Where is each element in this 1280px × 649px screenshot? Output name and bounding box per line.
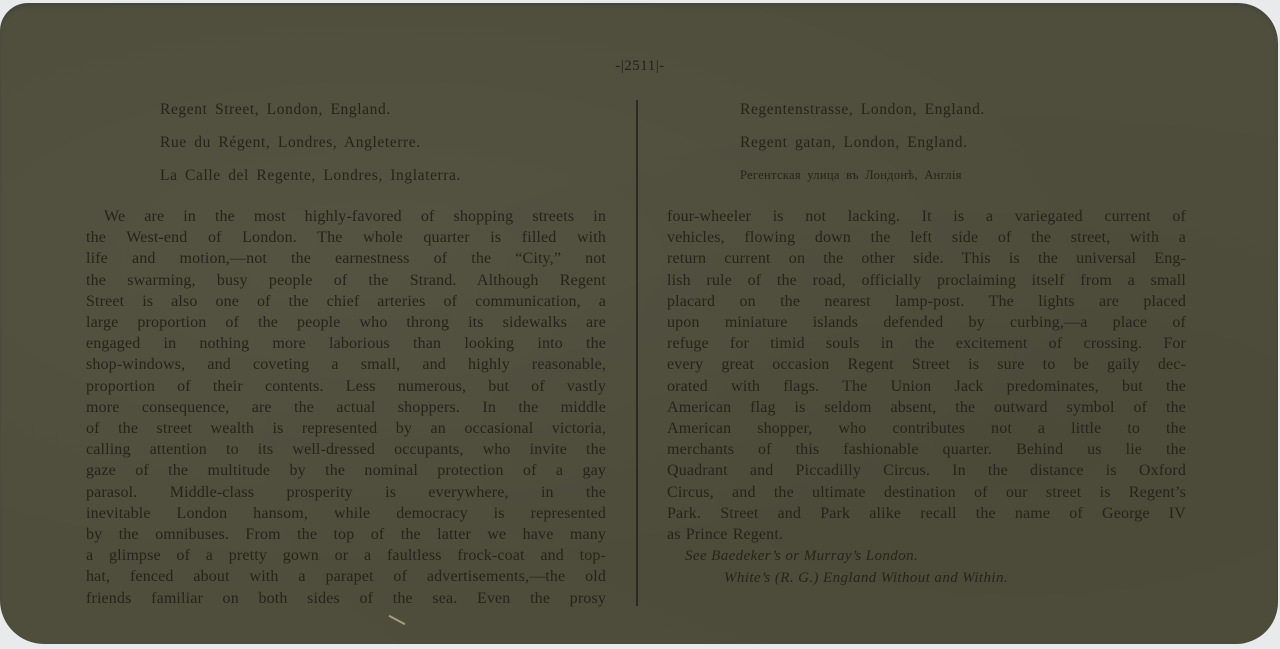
text-line: merchants of this fashionable quarter. B… [667, 439, 1186, 460]
text-line: proportion of their contents. Less numer… [86, 376, 606, 397]
title-spanish: La Calle del Regente, Londres, Inglaterr… [160, 159, 461, 192]
text-line: Street is also one of the chief arteries… [86, 291, 606, 312]
column-divider [636, 100, 638, 606]
stereoview-card-back: -|2511|- Regent Street, London, England.… [0, 3, 1278, 644]
text-line: orated with flags. The Union Jack predom… [667, 376, 1186, 397]
description-left-column: We are in the most highly-favored of sho… [86, 206, 606, 609]
text-line: the swarming, busy people of the Strand.… [86, 270, 606, 291]
text-line: American shopper, who contributes not a … [667, 418, 1186, 439]
description-right-column: four-wheeler is not lacking. It is a var… [667, 206, 1186, 545]
text-line: large proportion of the people who thron… [86, 312, 606, 333]
text-line: gaze of the multitude by the nominal pro… [86, 460, 606, 481]
text-line: inevitable London hansom, while democrac… [86, 503, 606, 524]
text-line: life and motion,—not the earnestness of … [86, 248, 606, 269]
text-line: We are in the most highly-favored of sho… [86, 206, 606, 227]
text-line: lish rule of the road, officially procla… [667, 270, 1186, 291]
card-number: -|2511|- [590, 58, 690, 75]
title-german: Regentenstrasse, London, England. [740, 93, 985, 126]
titles-right: Regentenstrasse, London, England. Regent… [740, 93, 985, 192]
text-line: shop-windows, and coveting a small, and … [86, 354, 606, 375]
text-line: vehicles, flowing down the left side of … [667, 227, 1186, 248]
text-line: more consequence, are the actual shopper… [86, 397, 606, 418]
text-line: the West-end of London. The whole quarte… [86, 227, 606, 248]
reference-baedeker: See Baedeker’s or Murray’s London. [667, 546, 1008, 568]
references: See Baedeker’s or Murray’s London. White… [667, 546, 1008, 589]
title-swedish: Regent gatan, London, England. [740, 126, 985, 159]
text-line: engaged in nothing more laborious than l… [86, 333, 606, 354]
text-line: return current on the other side. This i… [667, 248, 1186, 269]
text-line: of the street wealth is represented by a… [86, 418, 606, 439]
text-line: friends familiar on both sides of the se… [86, 588, 606, 609]
text-line: upon miniature islands defended by curbi… [667, 312, 1186, 333]
text-line: Quadrant and Piccadilly Circus. In the d… [667, 460, 1186, 481]
text-line: four-wheeler is not lacking. It is a var… [667, 206, 1186, 227]
text-line: by the omnibuses. From the top of the la… [86, 524, 606, 545]
text-line: hat, fenced about with a parapet of adve… [86, 566, 606, 587]
text-line: placard on the nearest lamp-post. The li… [667, 291, 1186, 312]
title-french: Rue du Régent, Londres, Angleterre. [160, 126, 461, 159]
titles-left: Regent Street, London, England. Rue du R… [160, 93, 461, 192]
text-line: every great occasion Regent Street is su… [667, 354, 1186, 375]
text-line: a glimpse of a pretty gown or a faultles… [86, 545, 606, 566]
scratch-mark [389, 615, 406, 625]
text-line: Circus, and the ultimate destination of … [667, 482, 1186, 503]
text-line: refuge for timid souls in the excitement… [667, 333, 1186, 354]
text-line: as Prince Regent. [667, 524, 1186, 545]
text-line: parasol. Middle-class prosperity is ever… [86, 482, 606, 503]
text-line: calling attention to its well-dressed oc… [86, 439, 606, 460]
title-russian: Регентская улица въ Лондонѣ, Англія [740, 159, 985, 192]
title-english: Regent Street, London, England. [160, 93, 461, 126]
reference-white: White’s (R. G.) England Without and With… [667, 568, 1008, 590]
text-line: American flag is seldom absent, the outw… [667, 397, 1186, 418]
text-line: Park. Street and Park alike recall the n… [667, 503, 1186, 524]
